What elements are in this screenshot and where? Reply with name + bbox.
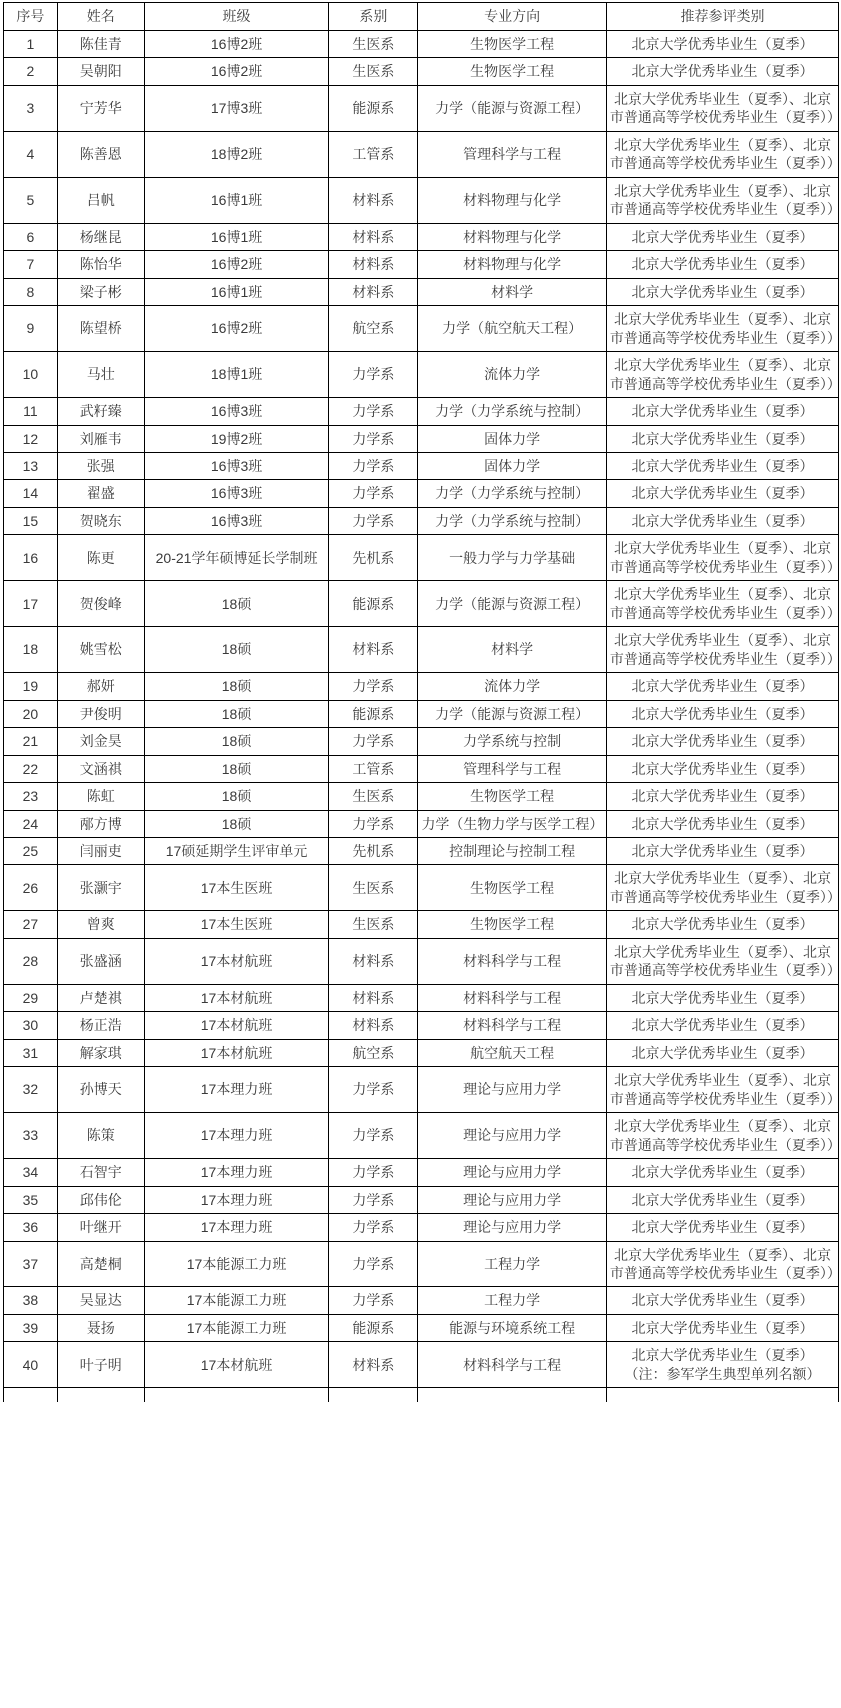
cell-award: 北京大学优秀毕业生（夏季）: [606, 984, 838, 1011]
cell-index: 24: [4, 810, 58, 837]
cell-name: 吕帆: [57, 177, 144, 223]
cell-name: 聂扬: [57, 1314, 144, 1341]
cell-name: 杨正浩: [57, 1012, 144, 1039]
cell-dept: 能源系: [329, 85, 418, 131]
cell-award: 北京大学优秀毕业生（夏季） （注：参军学生典型单列名额）: [606, 1342, 838, 1388]
cell-major: 工程力学: [418, 1287, 606, 1314]
cell-name: 叶子明: [57, 1342, 144, 1388]
cell-class: 16博1班: [144, 177, 328, 223]
cell-major: 理论与应用力学: [418, 1186, 606, 1213]
cell-dept: 材料系: [329, 938, 418, 984]
cell-name: 尹俊明: [57, 700, 144, 727]
cell-index: 21: [4, 728, 58, 755]
cell-dept: 能源系: [329, 581, 418, 627]
cell-dept: 生医系: [329, 58, 418, 85]
cell-index: 16: [4, 535, 58, 581]
cell-name: 宁芳华: [57, 85, 144, 131]
cell-index: 27: [4, 911, 58, 938]
cell-name: 解家琪: [57, 1039, 144, 1066]
cell-dept: 航空系: [329, 1039, 418, 1066]
cell-dept: 力学系: [329, 1287, 418, 1314]
cell-index: 4: [4, 131, 58, 177]
cell-index: 7: [4, 251, 58, 278]
cell-award: 北京大学优秀毕业生（夏季）: [606, 278, 838, 305]
cell-name: 卢楚祺: [57, 984, 144, 1011]
cell-major: 材料物理与化学: [418, 177, 606, 223]
cell-major: 材料科学与工程: [418, 1342, 606, 1388]
cell-name: 邱伟伦: [57, 1186, 144, 1213]
cell-index: 25: [4, 838, 58, 865]
cell-dept: 工管系: [329, 131, 418, 177]
cell-name: 张灏宇: [57, 865, 144, 911]
cell-class: 18博2班: [144, 131, 328, 177]
cell-name: 陈更: [57, 535, 144, 581]
cell-name: 吴朝阳: [57, 58, 144, 85]
cell-dept: 材料系: [329, 1342, 418, 1388]
cell-name: 郝妍: [57, 673, 144, 700]
cell-award: 北京大学优秀毕业生（夏季）: [606, 1159, 838, 1186]
table-row: 29卢楚祺17本材航班材料系材料科学与工程北京大学优秀毕业生（夏季）: [4, 984, 839, 1011]
cell-award: 北京大学优秀毕业生（夏季）: [606, 700, 838, 727]
cell-name: 贺晓东: [57, 507, 144, 534]
cell-dept: 航空系: [329, 306, 418, 352]
cell-major: 固体力学: [418, 425, 606, 452]
table-row: 32孙博天17本理力班力学系理论与应用力学北京大学优秀毕业生（夏季）、北京市普通…: [4, 1067, 839, 1113]
cell-index: 12: [4, 425, 58, 452]
cell-award: 北京大学优秀毕业生（夏季）: [606, 1012, 838, 1039]
cell-class: 16博3班: [144, 398, 328, 425]
table-row: 21刘金昊18硕力学系力学系统与控制北京大学优秀毕业生（夏季）: [4, 728, 839, 755]
column-header-index: 序号: [4, 3, 58, 31]
cell-index: 17: [4, 581, 58, 627]
cell-award: 北京大学优秀毕业生（夏季）: [606, 58, 838, 85]
cell-class: 18硕: [144, 810, 328, 837]
cell-name: 陈善恩: [57, 131, 144, 177]
table-row: 35邱伟伦17本理力班力学系理论与应用力学北京大学优秀毕业生（夏季）: [4, 1186, 839, 1213]
cell-award: 北京大学优秀毕业生（夏季）: [606, 1214, 838, 1241]
cell-index: 35: [4, 1186, 58, 1213]
cell-class: 18硕: [144, 627, 328, 673]
cell-major: 力学系统与控制: [418, 728, 606, 755]
cell-name: 吴显达: [57, 1287, 144, 1314]
cell-class: 17博3班: [144, 85, 328, 131]
cell-major: 生物医学工程: [418, 911, 606, 938]
cell-class: 17本材航班: [144, 1012, 328, 1039]
cell-class: 17本理力班: [144, 1113, 328, 1159]
table-row: 7陈怡华16博2班材料系材料物理与化学北京大学优秀毕业生（夏季）: [4, 251, 839, 278]
cell-class: 16博3班: [144, 507, 328, 534]
cell-dept: 工管系: [329, 755, 418, 782]
cell-award: 北京大学优秀毕业生（夏季）: [606, 673, 838, 700]
cell-award: 北京大学优秀毕业生（夏季）、北京市普通高等学校优秀毕业生（夏季））: [606, 306, 838, 352]
cell-name: 刘金昊: [57, 728, 144, 755]
cell-index: 3: [4, 85, 58, 131]
table-row: 25闫丽吏17硕延期学生评审单元先机系控制理论与控制工程北京大学优秀毕业生（夏季…: [4, 838, 839, 865]
cell-award: 北京大学优秀毕业生（夏季）: [606, 1039, 838, 1066]
cell-major: 能源与环境系统工程: [418, 1314, 606, 1341]
table-row: 13张强16博3班力学系固体力学北京大学优秀毕业生（夏季）: [4, 452, 839, 479]
cell-name: 陈怡华: [57, 251, 144, 278]
cell-class: 16博2班: [144, 251, 328, 278]
cell-major: 流体力学: [418, 352, 606, 398]
students-roster-table: 序号 姓名 班级 系别 专业方向 推荐参评类别 1陈佳青16博2班生医系生物医学…: [3, 2, 839, 1402]
cell-award: 北京大学优秀毕业生（夏季）: [606, 810, 838, 837]
cell-name: 孙博天: [57, 1067, 144, 1113]
cell-award: 北京大学优秀毕业生（夏季）: [606, 728, 838, 755]
cell-major: 材料学: [418, 627, 606, 673]
table-row: 19郝妍18硕力学系流体力学北京大学优秀毕业生（夏季）: [4, 673, 839, 700]
table-row: 2吴朝阳16博2班生医系生物医学工程北京大学优秀毕业生（夏季）: [4, 58, 839, 85]
cell-index: 34: [4, 1159, 58, 1186]
cell-major: 力学（航空航天工程）: [418, 306, 606, 352]
cell-index: 32: [4, 1067, 58, 1113]
cell-award: 北京大学优秀毕业生（夏季）、北京市普通高等学校优秀毕业生（夏季））: [606, 535, 838, 581]
column-header-class: 班级: [144, 3, 328, 31]
table-row: 36叶继开17本理力班力学系理论与应用力学北京大学优秀毕业生（夏季）: [4, 1214, 839, 1241]
cell-dept: 力学系: [329, 352, 418, 398]
column-header-major: 专业方向: [418, 3, 606, 31]
cell-name: 陈策: [57, 1113, 144, 1159]
cell-index: 6: [4, 223, 58, 250]
table-body: 1陈佳青16博2班生医系生物医学工程北京大学优秀毕业生（夏季）2吴朝阳16博2班…: [4, 31, 839, 1403]
cell-major: 生物医学工程: [418, 58, 606, 85]
table-row: 22文涵祺18硕工管系管理科学与工程北京大学优秀毕业生（夏季）: [4, 755, 839, 782]
table-row: 37高楚桐17本能源工力班力学系工程力学北京大学优秀毕业生（夏季）、北京市普通高…: [4, 1241, 839, 1287]
cell-dept: 力学系: [329, 810, 418, 837]
cell-major: 管理科学与工程: [418, 755, 606, 782]
cell-class: 18硕: [144, 783, 328, 810]
cell-name: 高楚桐: [57, 1241, 144, 1287]
cell-award: 北京大学优秀毕业生（夏季）、北京市普通高等学校优秀毕业生（夏季））: [606, 1067, 838, 1113]
cell-index: 14: [4, 480, 58, 507]
cell-dept: 力学系: [329, 398, 418, 425]
cell-major: 力学（能源与资源工程）: [418, 581, 606, 627]
cell-dept: 力学系: [329, 1214, 418, 1241]
cell-major: 工程力学: [418, 1241, 606, 1287]
cell-award: 北京大学优秀毕业生（夏季）、北京市普通高等学校优秀毕业生（夏季））: [606, 1241, 838, 1287]
empty-cell: [57, 1388, 144, 1403]
cell-class: 18硕: [144, 673, 328, 700]
table-row: 28张盛涵17本材航班材料系材料科学与工程北京大学优秀毕业生（夏季）、北京市普通…: [4, 938, 839, 984]
cell-major: 力学（生物力学与医学工程）: [418, 810, 606, 837]
cell-name: 杨继昆: [57, 223, 144, 250]
cell-class: 17本理力班: [144, 1214, 328, 1241]
cell-dept: 力学系: [329, 1186, 418, 1213]
table-row: 14翟盛16博3班力学系力学（力学系统与控制）北京大学优秀毕业生（夏季）: [4, 480, 839, 507]
cell-class: 18硕: [144, 728, 328, 755]
table-row: 23陈虹18硕生医系生物医学工程北京大学优秀毕业生（夏季）: [4, 783, 839, 810]
table-row: 38吴显达17本能源工力班力学系工程力学北京大学优秀毕业生（夏季）: [4, 1287, 839, 1314]
cell-major: 一般力学与力学基础: [418, 535, 606, 581]
cell-name: 邴方博: [57, 810, 144, 837]
cell-award: 北京大学优秀毕业生（夏季）、北京市普通高等学校优秀毕业生（夏季））: [606, 352, 838, 398]
cell-major: 材料科学与工程: [418, 938, 606, 984]
cell-class: 20-21学年硕博延长学制班: [144, 535, 328, 581]
cell-award: 北京大学优秀毕业生（夏季）: [606, 425, 838, 452]
cell-class: 16博3班: [144, 480, 328, 507]
cell-name: 张盛涵: [57, 938, 144, 984]
cell-dept: 材料系: [329, 984, 418, 1011]
cell-index: 23: [4, 783, 58, 810]
cell-index: 39: [4, 1314, 58, 1341]
cell-award: 北京大学优秀毕业生（夏季）: [606, 783, 838, 810]
cell-major: 理论与应用力学: [418, 1159, 606, 1186]
cell-class: 17本材航班: [144, 1039, 328, 1066]
cell-index: 5: [4, 177, 58, 223]
table-row: 34石智宇17本理力班力学系理论与应用力学北京大学优秀毕业生（夏季）: [4, 1159, 839, 1186]
cell-dept: 材料系: [329, 251, 418, 278]
cell-name: 张强: [57, 452, 144, 479]
cell-dept: 生医系: [329, 865, 418, 911]
cell-index: 10: [4, 352, 58, 398]
cell-dept: 力学系: [329, 728, 418, 755]
cell-class: 17本理力班: [144, 1159, 328, 1186]
cell-name: 文涵祺: [57, 755, 144, 782]
cell-class: 17本材航班: [144, 938, 328, 984]
cell-name: 贺俊峰: [57, 581, 144, 627]
table-row: 30杨正浩17本材航班材料系材料科学与工程北京大学优秀毕业生（夏季）: [4, 1012, 839, 1039]
cell-index: 37: [4, 1241, 58, 1287]
cell-major: 材料物理与化学: [418, 223, 606, 250]
cell-class: 18硕: [144, 581, 328, 627]
cell-index: 15: [4, 507, 58, 534]
cell-class: 16博1班: [144, 223, 328, 250]
empty-cell: [4, 1388, 58, 1403]
cell-dept: 材料系: [329, 223, 418, 250]
cell-award: 北京大学优秀毕业生（夏季）: [606, 452, 838, 479]
cell-class: 17本理力班: [144, 1186, 328, 1213]
column-header-name: 姓名: [57, 3, 144, 31]
cell-index: 29: [4, 984, 58, 1011]
cell-major: 理论与应用力学: [418, 1067, 606, 1113]
cell-award: 北京大学优秀毕业生（夏季）: [606, 507, 838, 534]
cell-dept: 力学系: [329, 673, 418, 700]
cell-major: 流体力学: [418, 673, 606, 700]
cell-class: 19博2班: [144, 425, 328, 452]
table-row: 5吕帆16博1班材料系材料物理与化学北京大学优秀毕业生（夏季）、北京市普通高等学…: [4, 177, 839, 223]
table-row: 9陈望桥16博2班航空系力学（航空航天工程）北京大学优秀毕业生（夏季）、北京市普…: [4, 306, 839, 352]
table-row: 18姚雪松18硕材料系材料学北京大学优秀毕业生（夏季）、北京市普通高等学校优秀毕…: [4, 627, 839, 673]
cell-dept: 能源系: [329, 700, 418, 727]
table-row: 1陈佳青16博2班生医系生物医学工程北京大学优秀毕业生（夏季）: [4, 31, 839, 58]
cell-major: 生物医学工程: [418, 783, 606, 810]
cell-award: 北京大学优秀毕业生（夏季）: [606, 251, 838, 278]
cell-dept: 材料系: [329, 1012, 418, 1039]
cell-dept: 力学系: [329, 507, 418, 534]
cell-dept: 力学系: [329, 1159, 418, 1186]
cell-index: 38: [4, 1287, 58, 1314]
cell-name: 陈望桥: [57, 306, 144, 352]
cell-award: 北京大学优秀毕业生（夏季）、北京市普通高等学校优秀毕业生（夏季））: [606, 581, 838, 627]
cell-class: 18硕: [144, 755, 328, 782]
cell-award: 北京大学优秀毕业生（夏季）、北京市普通高等学校优秀毕业生（夏季））: [606, 85, 838, 131]
cell-class: 17本能源工力班: [144, 1314, 328, 1341]
empty-cell: [144, 1388, 328, 1403]
cell-dept: 力学系: [329, 1067, 418, 1113]
cell-major: 力学（能源与资源工程）: [418, 85, 606, 131]
table-row: 40叶子明17本材航班材料系材料科学与工程北京大学优秀毕业生（夏季） （注：参军…: [4, 1342, 839, 1388]
cell-award: 北京大学优秀毕业生（夏季）、北京市普通高等学校优秀毕业生（夏季））: [606, 1113, 838, 1159]
cell-class: 16博1班: [144, 278, 328, 305]
empty-cell: [418, 1388, 606, 1403]
cell-award: 北京大学优秀毕业生（夏季）: [606, 1314, 838, 1341]
cell-name: 翟盛: [57, 480, 144, 507]
cell-name: 陈佳青: [57, 31, 144, 58]
cell-name: 姚雪松: [57, 627, 144, 673]
cell-class: 16博2班: [144, 31, 328, 58]
cell-award: 北京大学优秀毕业生（夏季）: [606, 755, 838, 782]
cell-class: 16博3班: [144, 452, 328, 479]
table-row: 11武籽臻16博3班力学系力学（力学系统与控制）北京大学优秀毕业生（夏季）: [4, 398, 839, 425]
cell-major: 理论与应用力学: [418, 1113, 606, 1159]
table-row: 6杨继昆16博1班材料系材料物理与化学北京大学优秀毕业生（夏季）: [4, 223, 839, 250]
cell-award: 北京大学优秀毕业生（夏季）、北京市普通高等学校优秀毕业生（夏季））: [606, 177, 838, 223]
cell-index: 22: [4, 755, 58, 782]
cell-index: 20: [4, 700, 58, 727]
cell-dept: 能源系: [329, 1314, 418, 1341]
cell-major: 固体力学: [418, 452, 606, 479]
cell-index: 28: [4, 938, 58, 984]
cell-dept: 力学系: [329, 1113, 418, 1159]
cell-major: 材料物理与化学: [418, 251, 606, 278]
cell-major: 管理科学与工程: [418, 131, 606, 177]
cell-class: 17本能源工力班: [144, 1241, 328, 1287]
table-row: 12刘雁韦19博2班力学系固体力学北京大学优秀毕业生（夏季）: [4, 425, 839, 452]
cell-award: 北京大学优秀毕业生（夏季）: [606, 480, 838, 507]
cell-index: 1: [4, 31, 58, 58]
cell-class: 16博2班: [144, 58, 328, 85]
cell-dept: 材料系: [329, 177, 418, 223]
cell-major: 航空航天工程: [418, 1039, 606, 1066]
table-row: 15贺晓东16博3班力学系力学（力学系统与控制）北京大学优秀毕业生（夏季）: [4, 507, 839, 534]
cell-award: 北京大学优秀毕业生（夏季）: [606, 398, 838, 425]
empty-cell: [606, 1388, 838, 1403]
cell-major: 生物医学工程: [418, 865, 606, 911]
cell-award: 北京大学优秀毕业生（夏季）: [606, 838, 838, 865]
cell-major: 力学（能源与资源工程）: [418, 700, 606, 727]
document-page: 序号 姓名 班级 系别 专业方向 推荐参评类别 1陈佳青16博2班生医系生物医学…: [0, 0, 841, 1708]
cell-dept: 先机系: [329, 535, 418, 581]
table-row: 4陈善恩18博2班工管系管理科学与工程北京大学优秀毕业生（夏季）、北京市普通高等…: [4, 131, 839, 177]
cell-major: 材料科学与工程: [418, 984, 606, 1011]
cell-major: 材料科学与工程: [418, 1012, 606, 1039]
cell-class: 18硕: [144, 700, 328, 727]
cell-dept: 材料系: [329, 627, 418, 673]
table-row: 16陈更20-21学年硕博延长学制班先机系一般力学与力学基础北京大学优秀毕业生（…: [4, 535, 839, 581]
cell-name: 叶继开: [57, 1214, 144, 1241]
cell-index: 26: [4, 865, 58, 911]
cell-index: 13: [4, 452, 58, 479]
cell-class: 17本生医班: [144, 865, 328, 911]
cell-award: 北京大学优秀毕业生（夏季）: [606, 1287, 838, 1314]
cell-award: 北京大学优秀毕业生（夏季）、北京市普通高等学校优秀毕业生（夏季））: [606, 131, 838, 177]
cell-class: 16博2班: [144, 306, 328, 352]
cell-award: 北京大学优秀毕业生（夏季）: [606, 911, 838, 938]
cell-name: 曾爽: [57, 911, 144, 938]
cell-award: 北京大学优秀毕业生（夏季）: [606, 1186, 838, 1213]
table-row: 33陈策17本理力班力学系理论与应用力学北京大学优秀毕业生（夏季）、北京市普通高…: [4, 1113, 839, 1159]
cell-name: 梁子彬: [57, 278, 144, 305]
cell-dept: 生医系: [329, 31, 418, 58]
cell-dept: 生医系: [329, 783, 418, 810]
cell-dept: 力学系: [329, 425, 418, 452]
cell-index: 11: [4, 398, 58, 425]
cell-dept: 先机系: [329, 838, 418, 865]
cell-index: 31: [4, 1039, 58, 1066]
cell-dept: 力学系: [329, 452, 418, 479]
cell-class: 17本生医班: [144, 911, 328, 938]
table-row: 39聂扬17本能源工力班能源系能源与环境系统工程北京大学优秀毕业生（夏季）: [4, 1314, 839, 1341]
cell-index: 18: [4, 627, 58, 673]
cell-award: 北京大学优秀毕业生（夏季）、北京市普通高等学校优秀毕业生（夏季））: [606, 627, 838, 673]
cell-name: 闫丽吏: [57, 838, 144, 865]
cell-dept: 生医系: [329, 911, 418, 938]
empty-cell: [329, 1388, 418, 1403]
header-row: 序号 姓名 班级 系别 专业方向 推荐参评类别: [4, 3, 839, 31]
column-header-dept: 系别: [329, 3, 418, 31]
cell-major: 控制理论与控制工程: [418, 838, 606, 865]
cell-class: 17本理力班: [144, 1067, 328, 1113]
table-row: 3宁芳华17博3班能源系力学（能源与资源工程）北京大学优秀毕业生（夏季）、北京市…: [4, 85, 839, 131]
cell-index: 19: [4, 673, 58, 700]
cell-name: 刘雁韦: [57, 425, 144, 452]
table-row: 27曾爽17本生医班生医系生物医学工程北京大学优秀毕业生（夏季）: [4, 911, 839, 938]
column-header-award: 推荐参评类别: [606, 3, 838, 31]
cell-name: 陈虹: [57, 783, 144, 810]
table-row: 20尹俊明18硕能源系力学（能源与资源工程）北京大学优秀毕业生（夏季）: [4, 700, 839, 727]
cell-name: 武籽臻: [57, 398, 144, 425]
cell-award: 北京大学优秀毕业生（夏季）、北京市普通高等学校优秀毕业生（夏季））: [606, 938, 838, 984]
cell-dept: 材料系: [329, 278, 418, 305]
cell-index: 2: [4, 58, 58, 85]
cell-name: 石智宇: [57, 1159, 144, 1186]
cell-index: 36: [4, 1214, 58, 1241]
cell-award: 北京大学优秀毕业生（夏季）、北京市普通高等学校优秀毕业生（夏季））: [606, 865, 838, 911]
table-row: 8梁子彬16博1班材料系材料学北京大学优秀毕业生（夏季）: [4, 278, 839, 305]
cell-major: 力学（力学系统与控制）: [418, 398, 606, 425]
cell-award: 北京大学优秀毕业生（夏季）: [606, 223, 838, 250]
cell-index: 8: [4, 278, 58, 305]
table-row: 10马壮18博1班力学系流体力学北京大学优秀毕业生（夏季）、北京市普通高等学校优…: [4, 352, 839, 398]
cell-class: 17本能源工力班: [144, 1287, 328, 1314]
cell-index: 33: [4, 1113, 58, 1159]
cell-award: 北京大学优秀毕业生（夏季）: [606, 31, 838, 58]
cell-index: 30: [4, 1012, 58, 1039]
table-row: 24邴方博18硕力学系力学（生物力学与医学工程）北京大学优秀毕业生（夏季）: [4, 810, 839, 837]
cell-major: 理论与应用力学: [418, 1214, 606, 1241]
cell-major: 力学（力学系统与控制）: [418, 480, 606, 507]
table-row: 31解家琪17本材航班航空系航空航天工程北京大学优秀毕业生（夏季）: [4, 1039, 839, 1066]
cell-major: 材料学: [418, 278, 606, 305]
cell-major: 生物医学工程: [418, 31, 606, 58]
partial-empty-row: [4, 1388, 839, 1403]
cell-class: 17本材航班: [144, 984, 328, 1011]
cell-class: 17本材航班: [144, 1342, 328, 1388]
cell-major: 力学（力学系统与控制）: [418, 507, 606, 534]
table-row: 26张灏宇17本生医班生医系生物医学工程北京大学优秀毕业生（夏季）、北京市普通高…: [4, 865, 839, 911]
cell-class: 17硕延期学生评审单元: [144, 838, 328, 865]
cell-dept: 力学系: [329, 480, 418, 507]
cell-class: 18博1班: [144, 352, 328, 398]
cell-index: 40: [4, 1342, 58, 1388]
cell-dept: 力学系: [329, 1241, 418, 1287]
cell-index: 9: [4, 306, 58, 352]
table-row: 17贺俊峰18硕能源系力学（能源与资源工程）北京大学优秀毕业生（夏季）、北京市普…: [4, 581, 839, 627]
cell-name: 马壮: [57, 352, 144, 398]
